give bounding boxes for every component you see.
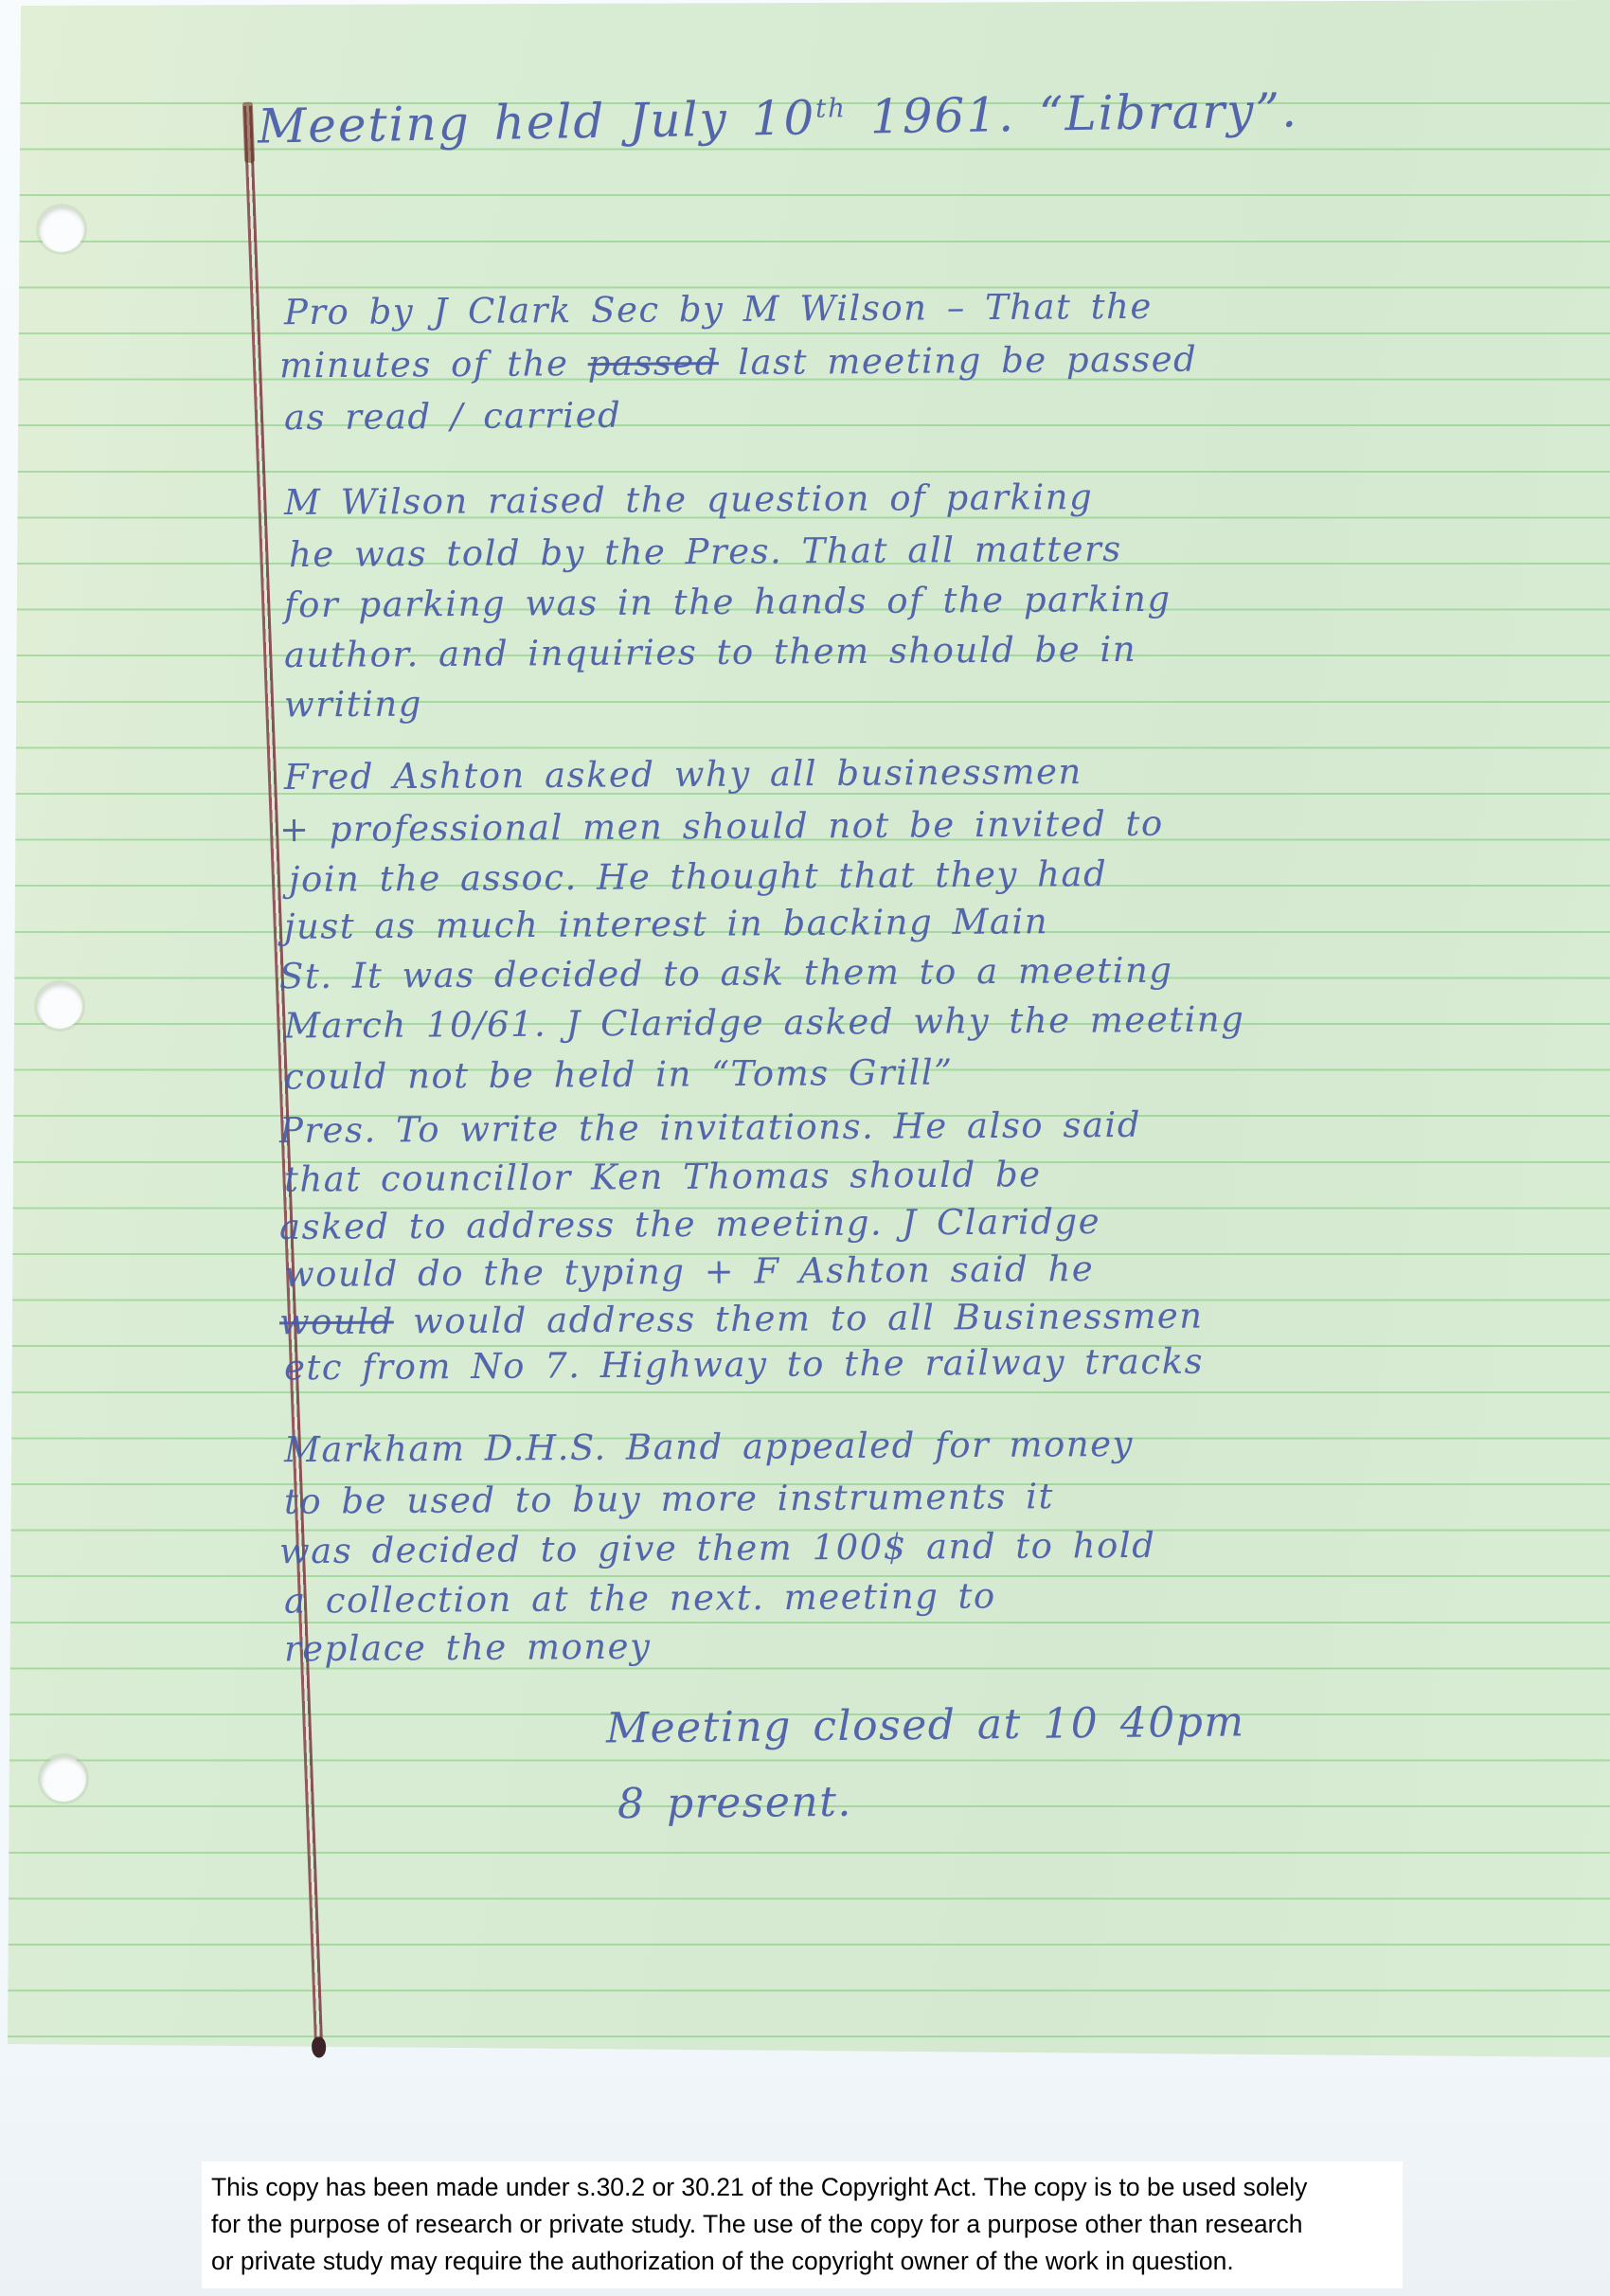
handwritten-line-p3-8: Pres. To write the invitations. He also …	[279, 1104, 1141, 1151]
copyright-notice-line-2: for the purpose of research or private s…	[211, 2210, 1302, 2239]
handwritten-line-p4-3: was decided to give them 100$ and to hol…	[279, 1525, 1156, 1571]
handwritten-line-p3-11: would do the typing + F Ashton said he	[284, 1248, 1095, 1295]
handwritten-line-p4-2: to be used to buy more instruments it	[284, 1476, 1054, 1522]
copyright-notice-line-1: This copy has been made under s.30.2 or …	[211, 2173, 1307, 2202]
heading-text-after: 1961. “Library”.	[847, 82, 1299, 144]
handwritten-line-p2-3: for parking was in the hands of the park…	[284, 579, 1172, 626]
handwritten-line-p1-2: minutes of the passed last meeting be pa…	[279, 339, 1198, 386]
line-text: last meeting be passed	[719, 339, 1198, 384]
handwritten-line-p3-12: would would address them to all Business…	[279, 1296, 1204, 1343]
struck-word: would	[279, 1301, 394, 1343]
punch-hole-top	[39, 206, 84, 252]
handwritten-line-p3-2: + professional men should not be invited…	[279, 803, 1164, 851]
handwritten-line-p4-1: Markham D.H.S. Band appealed for money	[284, 1424, 1134, 1470]
punch-hole-bottom	[41, 1756, 86, 1802]
punch-hole-middle	[37, 983, 82, 1029]
handwritten-line-p2-2: he was told by the Pres. That all matter…	[289, 529, 1122, 575]
handwritten-line-p3-9: that councillor Ken Thomas should be	[284, 1154, 1042, 1200]
handwritten-line-p3-7: could not be held in “Toms Grill”	[284, 1052, 954, 1098]
closing-line-meeting-closed: Meeting closed at 10 40pm	[606, 1697, 1245, 1752]
closing-line-attendance: 8 present.	[617, 1778, 852, 1829]
handwritten-line-p3-6: March 10/61. J Claridge asked why the me…	[284, 998, 1245, 1046]
copyright-notice-line-3: or private study may require the authori…	[211, 2247, 1234, 2276]
handwritten-line-p3-4: just as much interest in backing Main	[284, 901, 1048, 947]
line-text: would address them to all Businessmen	[394, 1296, 1204, 1342]
heading-superscript: th	[815, 93, 847, 124]
handwritten-line-p3-5: St. It was decided to ask them to a meet…	[279, 950, 1173, 997]
handwritten-line-p2-1: M Wilson raised the question of parking	[284, 476, 1093, 523]
handwritten-line-p3-1: Fred Ashton asked why all businessmen	[284, 751, 1082, 798]
handwritten-line-p1-3: as read / carried	[284, 395, 621, 438]
struck-word: passed	[588, 342, 720, 384]
handwritten-line-p2-5: writing	[284, 683, 422, 725]
handwritten-line-p4-4: a collection at the next. meeting to	[284, 1575, 996, 1621]
handwritten-line-p3-3: join the assoc. He thought that they had	[289, 853, 1107, 900]
scanned-page: Meeting held July 10th 1961. “Library”. …	[0, 0, 1610, 2296]
handwritten-line-p3-10: asked to address the meeting. J Claridge	[279, 1201, 1100, 1247]
handwritten-line-p1-1: Pro by J Clark Sec by M Wilson – That th…	[284, 286, 1153, 332]
copyright-notice-box: This copy has been made under s.30.2 or …	[202, 2161, 1403, 2288]
handwritten-line-p2-4: author. and inquiries to them should be …	[284, 629, 1136, 675]
handwritten-line-p4-5: replace the money	[284, 1626, 652, 1670]
handwritten-line-p3-13: etc from No 7. Highway to the railway tr…	[284, 1341, 1204, 1389]
line-text: minutes of the	[279, 343, 588, 386]
heading-text: Meeting held July 10	[258, 90, 816, 153]
